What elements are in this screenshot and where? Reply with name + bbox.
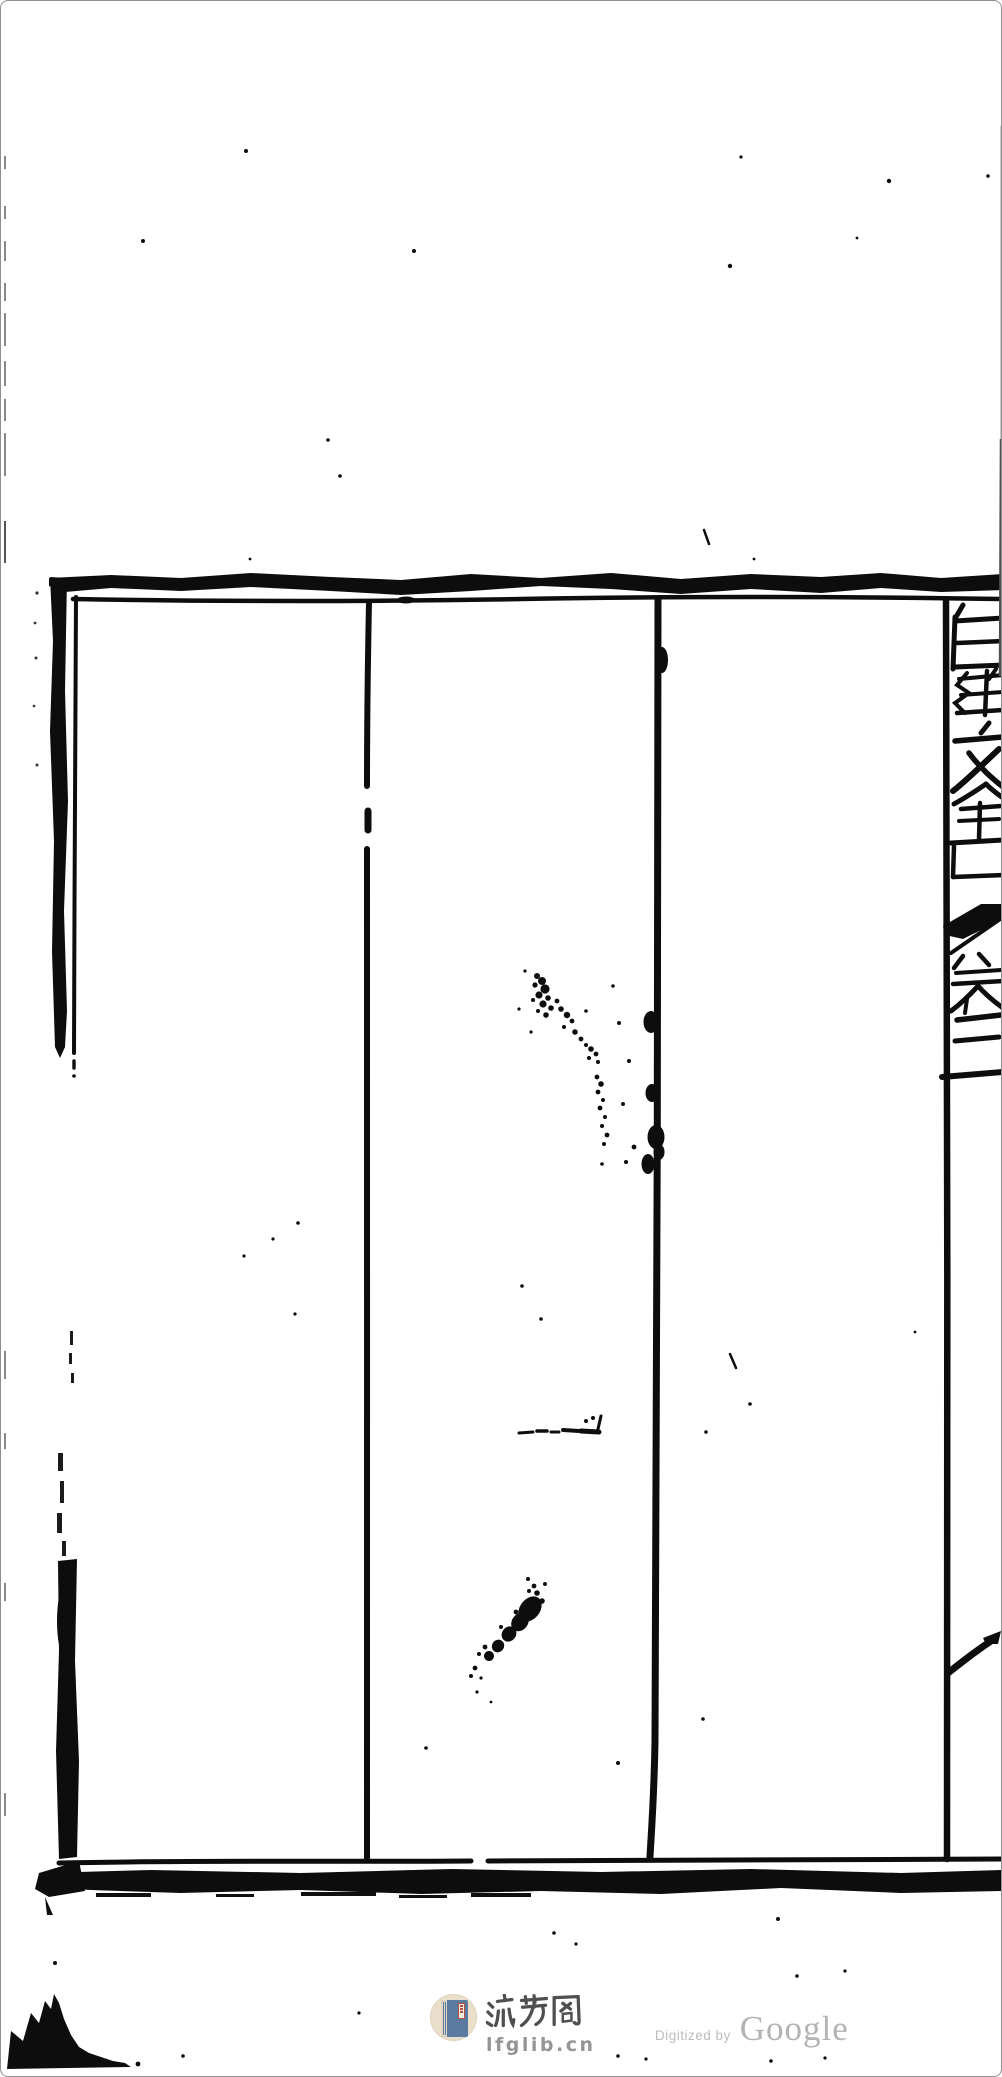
watermark-badge [430,1994,477,2041]
bottom-border-remnants [96,1892,531,1898]
scanned-book-page: lfglib.cn Digitized by Google [0,0,1002,2077]
book-title-label [458,2003,465,2019]
char-ge-glyph [554,1997,579,2025]
spine-char-4-glyph [951,784,1002,843]
spine-corner-mark [953,846,1002,877]
ink-smudge-dashes [519,1416,601,1433]
ink-smudge-lower [469,1577,547,1703]
google-credit: Digitized by Google [655,2009,849,2049]
right-page-edge-shadow [1000,126,1001,676]
char-liu-glyph [487,1995,514,2026]
spine-ink-wedge [943,904,1002,953]
volume-char-juan-glyph [951,954,1002,1013]
spine-title-glyphs [943,605,1002,953]
corner-ink-blot [7,1994,131,2069]
column-lines [366,600,947,1859]
spine-char-2-glyph [955,669,1002,715]
thread-bound-book-icon [441,2000,468,2037]
frame-border [35,573,1002,1915]
ink-speckles [33,149,990,2066]
watermark-domain: lfglib.cn [486,2036,596,2055]
char-fang-glyph [522,1996,547,2026]
woodblock-frame-artwork [1,1,1002,2077]
volume-label-glyphs [942,954,1002,1673]
spine-char-1-glyph [953,605,1002,669]
curved-brush-stroke [948,1631,1001,1673]
watermark-texts: lfglib.cn [486,1994,596,2055]
google-logotype: Google [740,2009,849,2049]
lfglib-watermark: lfglib.cn [430,1994,596,2055]
volume-char-san-glyph [942,1015,1002,1077]
ink-smudge-upper [517,969,636,1164]
watermark-name-glyphs [486,1994,582,2030]
spine-char-3-glyph [953,723,1002,791]
left-border-fragments [57,1331,74,1556]
digitized-by-text: Digitized by [655,2028,731,2043]
book-stitching [441,2000,447,2037]
